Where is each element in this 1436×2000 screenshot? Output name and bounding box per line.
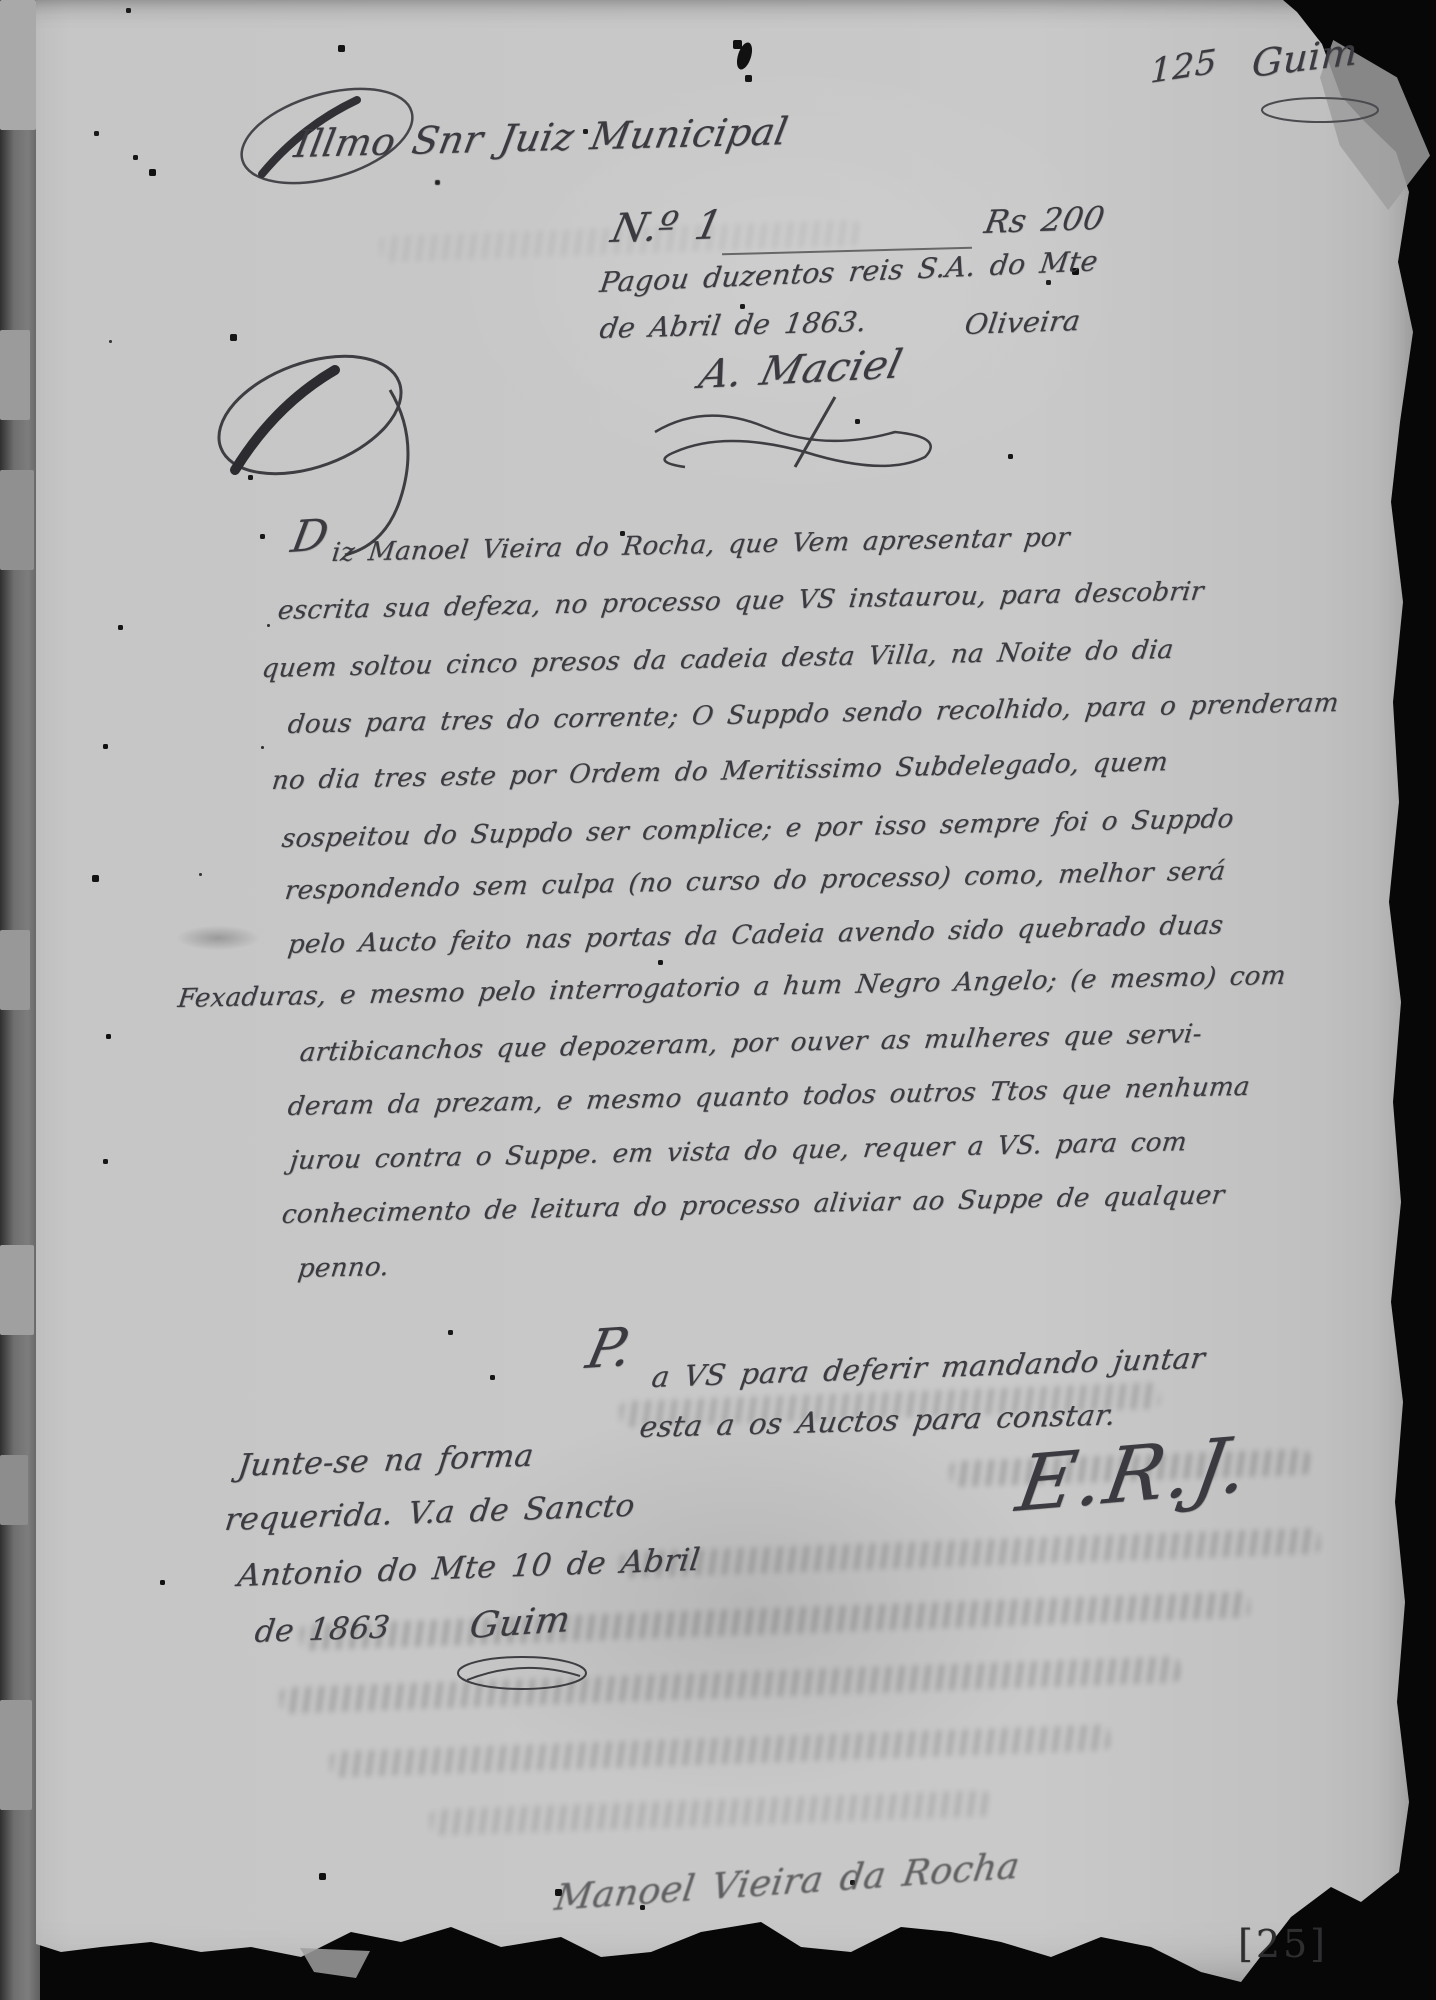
despacho-line: de 1863	[253, 1609, 392, 1650]
torn-bottom-flap	[300, 1948, 370, 1978]
page-number: [25]	[1238, 1922, 1328, 1966]
spine-page-edge	[0, 930, 30, 1010]
fee-amount: Rs 200	[982, 199, 1108, 241]
spine-page-edge	[0, 470, 34, 570]
document-scan: 125 Guim Illmo Snr Juiz Municipal N.º 1 …	[0, 0, 1436, 2000]
despacho-rubric-flourish	[452, 1650, 592, 1696]
fee-receipt-signer: Oliveira	[963, 304, 1083, 341]
spine-page-edge	[0, 330, 30, 420]
folio-rubric-flourish	[1255, 92, 1385, 128]
spine-page-edge	[0, 0, 36, 130]
clerk-signature-flourish	[645, 392, 965, 472]
spine-page-edge	[0, 1455, 28, 1525]
ink-spots	[0, 0, 1, 1]
spine-page-edge	[0, 1700, 32, 1810]
despacho-rubric: Guim	[467, 1599, 573, 1647]
spine-page-edge	[0, 1245, 34, 1335]
book-spine	[0, 0, 40, 2000]
petition-line: penno.	[296, 1252, 391, 1284]
petition-number: N.º 1	[607, 202, 726, 252]
